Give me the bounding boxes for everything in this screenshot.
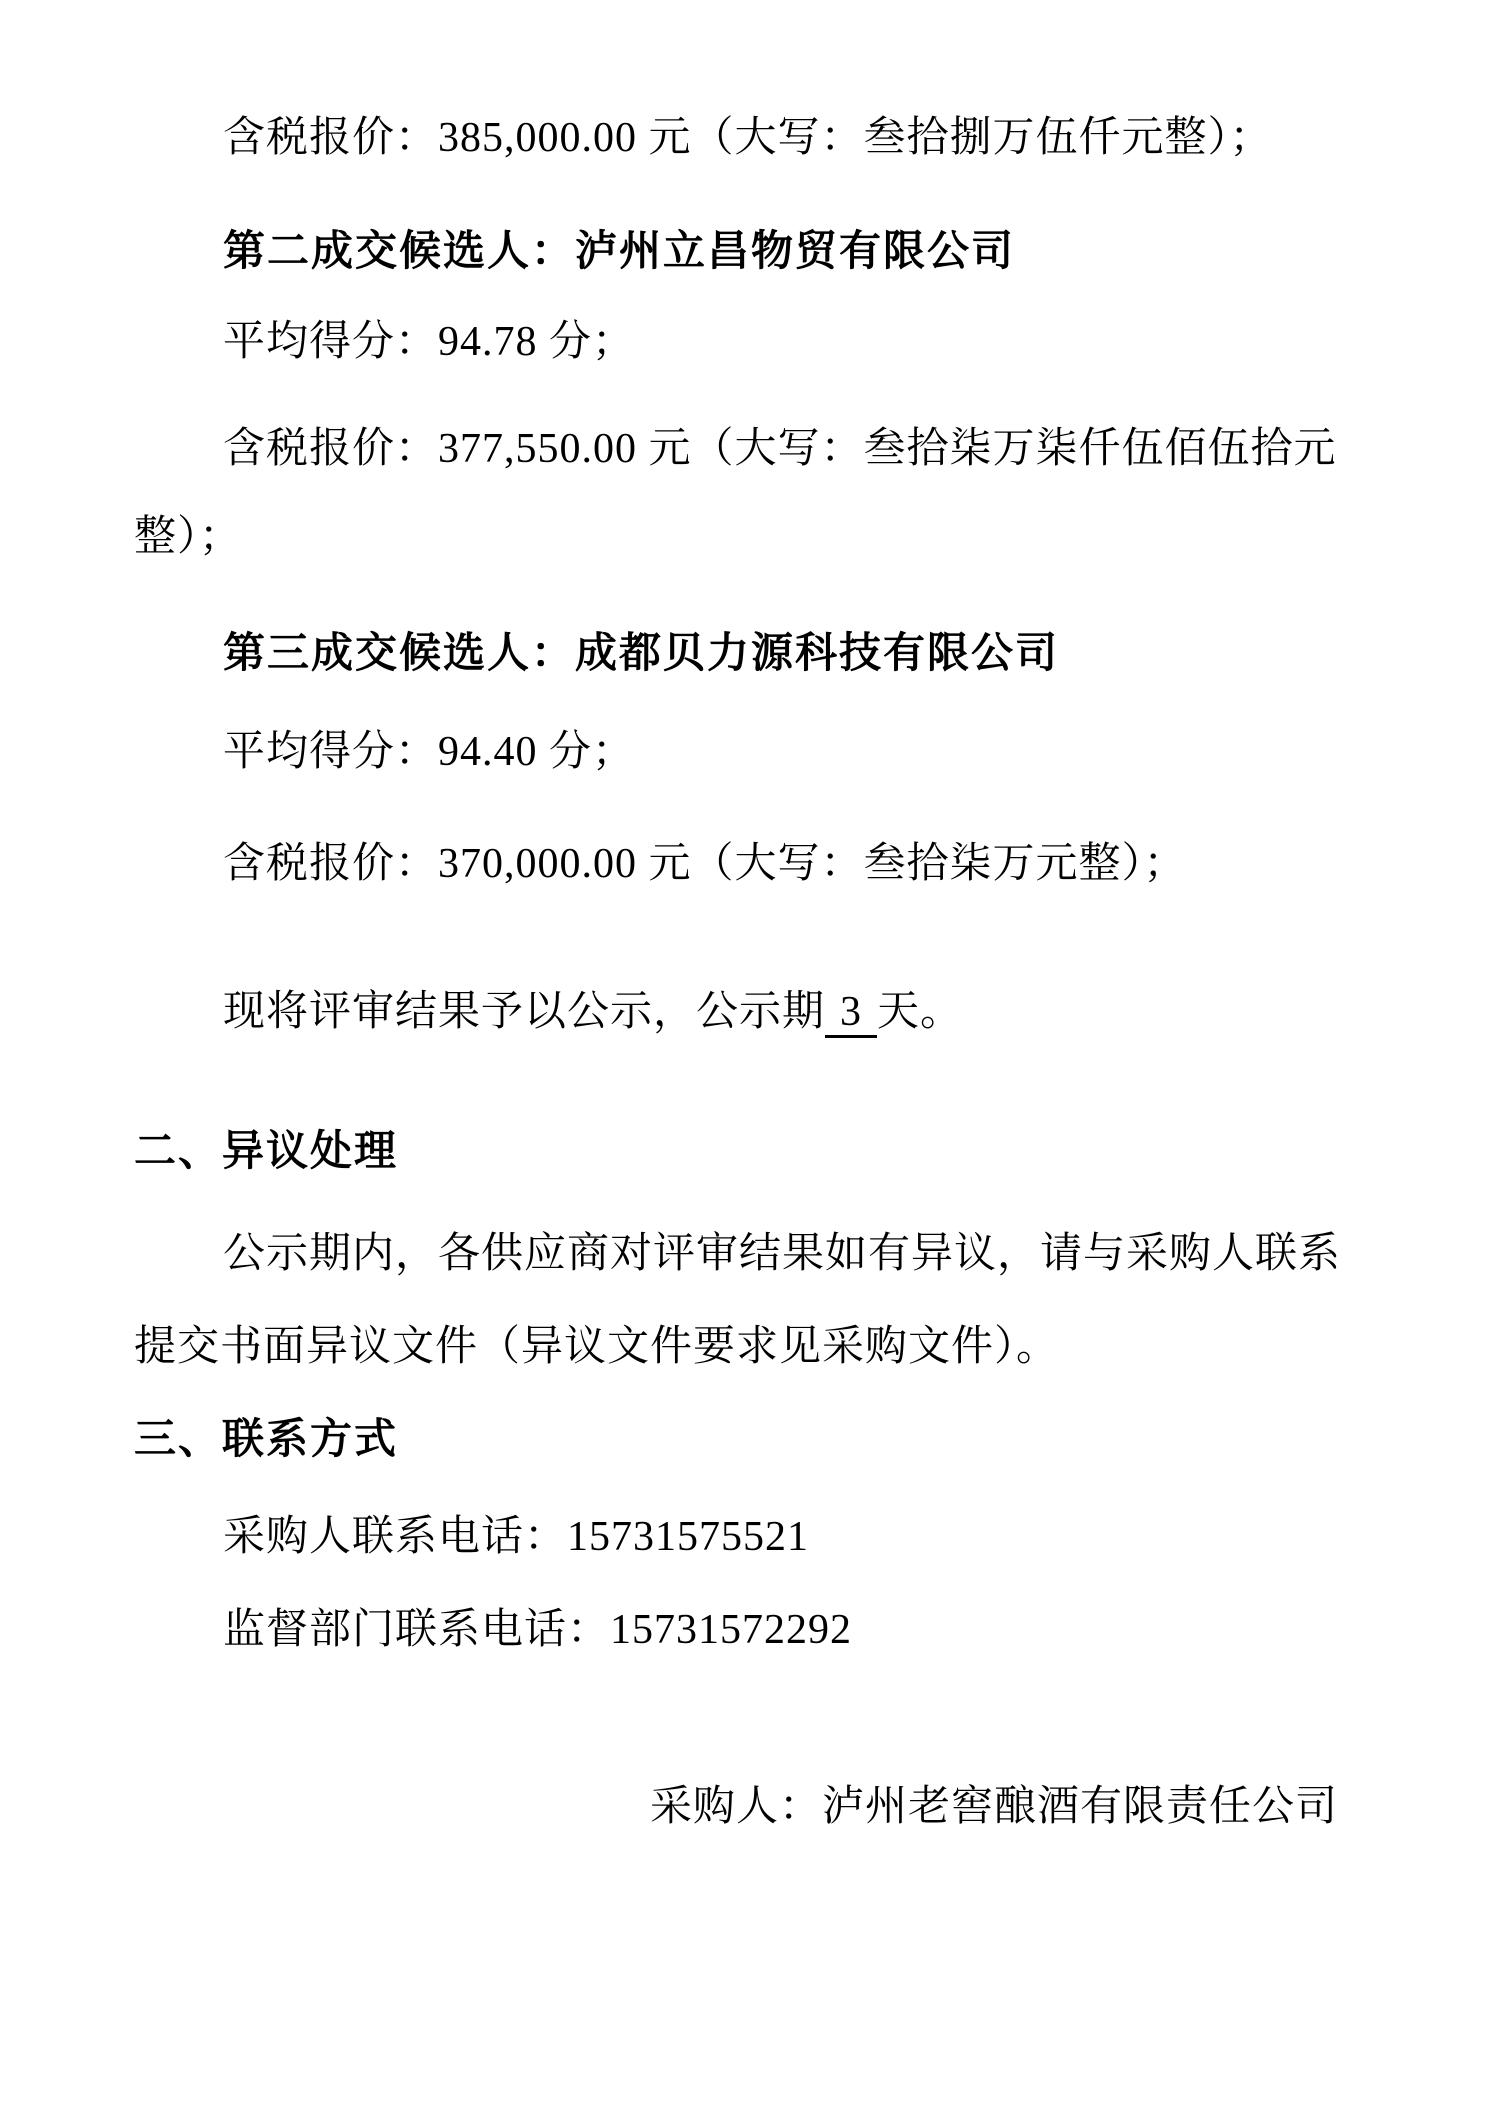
section2-body-line-2: 提交书面异议文件（异议文件要求见采购文件）。 <box>134 1321 1059 1374</box>
section3-heading: 三、联系方式 <box>134 1414 398 1467</box>
purchaser-signature-line: 采购人：泸州老窖酿酒有限责任公司 <box>650 1781 1338 1834</box>
candidate2-heading: 第二成交候选人：泸州立昌物贸有限公司 <box>223 226 1015 279</box>
candidate3-heading: 第三成交候选人：成都贝力源科技有限公司 <box>223 628 1059 681</box>
candidate1-price-line: 含税报价：385,000.00 元（大写：叁拾捌万伍仟元整）； <box>223 112 1273 165</box>
publicity-days-value: 3 <box>825 989 877 1038</box>
candidate2-price-line-2: 整）； <box>134 511 242 564</box>
candidate2-score-line: 平均得分：94.78 分； <box>223 316 635 369</box>
document-page: 含税报价：385,000.00 元（大写：叁拾捌万伍仟元整）； 第二成交候选人：… <box>0 0 1500 2107</box>
publicity-prefix: 现将评审结果予以公示，公示期 <box>223 989 825 1035</box>
publicity-suffix: 天。 <box>877 989 963 1035</box>
candidate2-price-line-1: 含税报价：377,550.00 元（大写：叁拾柒万柒仟伍佰伍拾元 <box>223 423 1337 476</box>
purchaser-phone-line: 采购人联系电话：15731575521 <box>223 1511 809 1564</box>
section2-body-line-1: 公示期内，各供应商对评审结果如有异议，请与采购人联系 <box>223 1228 1341 1281</box>
publicity-period-line: 现将评审结果予以公示，公示期3天。 <box>223 986 963 1039</box>
supervisor-phone-line: 监督部门联系电话：15731572292 <box>223 1604 852 1657</box>
candidate3-score-line: 平均得分：94.40 分； <box>223 726 635 779</box>
section2-heading: 二、异议处理 <box>134 1126 398 1179</box>
candidate3-price-line: 含税报价：370,000.00 元（大写：叁拾柒万元整）； <box>223 838 1187 891</box>
